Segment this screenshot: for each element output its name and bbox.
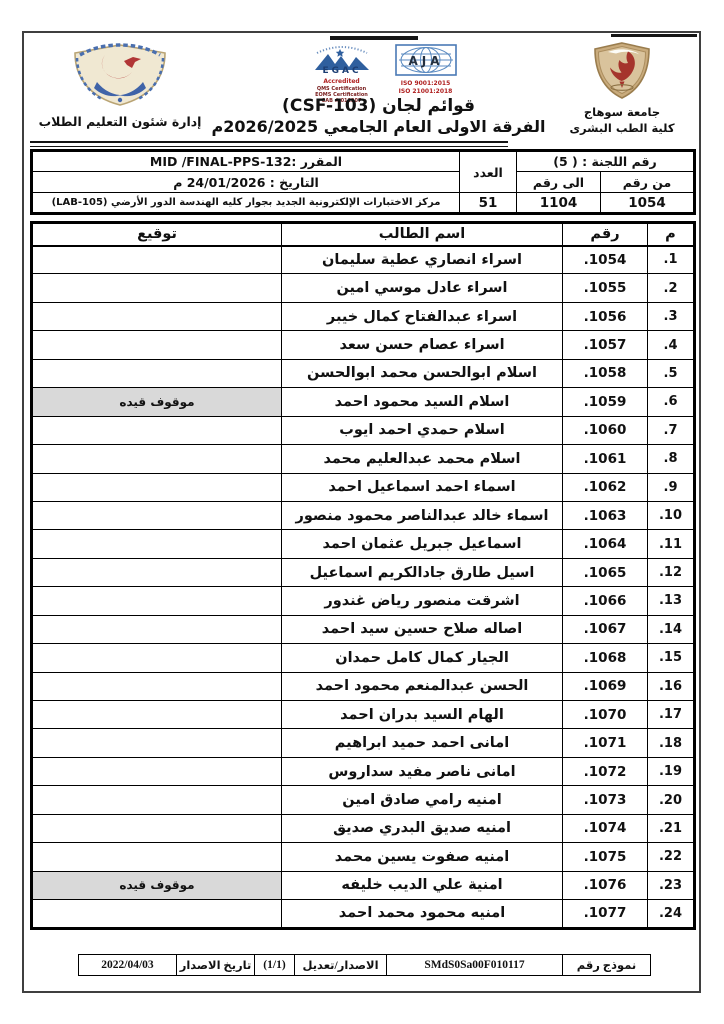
signature-cell bbox=[32, 814, 282, 842]
serial-cell: 13. bbox=[648, 587, 695, 615]
from-value-cell: 1054 bbox=[601, 193, 695, 214]
serial-cell: 11. bbox=[648, 530, 695, 558]
aja-line2: ISO 21001:2018 bbox=[395, 88, 457, 96]
signature-cell bbox=[32, 900, 282, 928]
student-row: 19. 1072. امانى ناصر مفيد سداروس bbox=[32, 757, 695, 785]
serial-cell: 21. bbox=[648, 814, 695, 842]
student-row: 18. 1071. امانى احمد حميد ابراهيم bbox=[32, 729, 695, 757]
accreditation-logos: EGAC Accredited QMS Certification EOMS C… bbox=[208, 44, 549, 96]
document-title: قوائم لجان (CSF-103) bbox=[208, 96, 549, 116]
student-name-cell: اسراء انصاري عطية سليمان bbox=[282, 246, 563, 274]
student-name-cell: الهام السيد بدران احمد bbox=[282, 701, 563, 729]
student-row: 20. 1073. امنيه رامي صادق امين bbox=[32, 786, 695, 814]
seat-number-cell: 1074. bbox=[563, 814, 648, 842]
serial-cell: 4. bbox=[648, 331, 695, 359]
signature-cell bbox=[32, 729, 282, 757]
serial-cell: 14. bbox=[648, 615, 695, 643]
svg-text:EGAC: EGAC bbox=[322, 66, 361, 74]
signature-cell bbox=[32, 274, 282, 302]
signature-cell bbox=[32, 843, 282, 871]
student-name-cell: اسلام السيد محمود احمد bbox=[282, 388, 563, 416]
seat-number-cell: 1063. bbox=[563, 501, 648, 529]
student-name-cell: اسلام حمدي احمد ايوب bbox=[282, 416, 563, 444]
faculty-name: كلية الطب البشرى bbox=[549, 122, 695, 136]
col-header-serial: م bbox=[648, 223, 695, 246]
form-number-label: نموذج رقم bbox=[563, 955, 651, 976]
issue-date-value: 2022/04/03 bbox=[79, 955, 177, 976]
to-value-cell: 1104 bbox=[517, 193, 601, 214]
seat-number-cell: 1071. bbox=[563, 729, 648, 757]
serial-cell: 12. bbox=[648, 558, 695, 586]
student-name-cell: امنيه صفوت يسين محمد bbox=[282, 843, 563, 871]
col-header-name: اسم الطالب bbox=[282, 223, 563, 246]
signature-cell bbox=[32, 445, 282, 473]
serial-cell: 23. bbox=[648, 871, 695, 899]
seat-number-cell: 1076. bbox=[563, 871, 648, 899]
serial-cell: 1. bbox=[648, 246, 695, 274]
student-row: 13. 1066. اشرقت منصور رياض غندور bbox=[32, 587, 695, 615]
signature-cell: موقوف قيده bbox=[32, 871, 282, 899]
serial-cell: 18. bbox=[648, 729, 695, 757]
col-header-number: رقم bbox=[563, 223, 648, 246]
signature-cell bbox=[32, 331, 282, 359]
document-page: إدارة شئون التعليم الطلاب EGAC Accredite… bbox=[22, 31, 701, 993]
seat-number-cell: 1066. bbox=[563, 587, 648, 615]
course-cell: المقرر :MID /FINAL-PPS-132 bbox=[32, 151, 460, 172]
student-name-cell: امنيه محمود محمد احمد bbox=[282, 900, 563, 928]
signature-cell bbox=[32, 672, 282, 700]
seat-number-cell: 1059. bbox=[563, 388, 648, 416]
student-table-body: 1. 1054. اسراء انصاري عطية سليمان 2. 105… bbox=[32, 246, 695, 929]
seat-number-cell: 1072. bbox=[563, 757, 648, 785]
issue-label: الاصدار/تعديل bbox=[295, 955, 387, 976]
student-row: 21. 1074. امنيه صديق البدري صديق bbox=[32, 814, 695, 842]
student-row: 14. 1067. اصاله صلاح حسين سيد احمد bbox=[32, 615, 695, 643]
student-name-cell: اسلام ابوالحسن محمد ابوالحسن bbox=[282, 359, 563, 387]
form-footer-table: نموذج رقم SMdS0Sa00F010117 الاصدار/تعديل… bbox=[78, 954, 651, 976]
serial-cell: 6. bbox=[648, 388, 695, 416]
seat-number-cell: 1056. bbox=[563, 302, 648, 330]
from-label-cell: من رقم bbox=[601, 172, 695, 193]
student-name-cell: اسلام محمد عبدالعليم محمد bbox=[282, 445, 563, 473]
signature-cell bbox=[32, 701, 282, 729]
student-affairs-logo-icon bbox=[68, 42, 172, 108]
count-label-cell: العدد bbox=[460, 151, 517, 193]
serial-cell: 16. bbox=[648, 672, 695, 700]
header-divider bbox=[30, 141, 508, 147]
student-name-cell: امانى ناصر مفيد سداروس bbox=[282, 757, 563, 785]
serial-cell: 17. bbox=[648, 701, 695, 729]
header-center: EGAC Accredited QMS Certification EOMS C… bbox=[208, 42, 549, 136]
serial-cell: 9. bbox=[648, 473, 695, 501]
serial-cell: 15. bbox=[648, 644, 695, 672]
seat-number-cell: 1061. bbox=[563, 445, 648, 473]
signature-cell bbox=[32, 473, 282, 501]
university-brand: جامعة سوهاج كلية الطب البشرى bbox=[549, 42, 695, 136]
student-row: 5. 1058. اسلام ابوالحسن محمد ابوالحسن bbox=[32, 359, 695, 387]
student-row: 17. 1070. الهام السيد بدران احمد bbox=[32, 701, 695, 729]
student-row: 8. 1061. اسلام محمد عبدالعليم محمد bbox=[32, 445, 695, 473]
serial-cell: 10. bbox=[648, 501, 695, 529]
admin-caption: إدارة شئون التعليم الطلاب bbox=[32, 114, 208, 129]
seat-number-cell: 1070. bbox=[563, 701, 648, 729]
student-row: 10. 1063. اسماء خالد عبدالناصر محمود منص… bbox=[32, 501, 695, 529]
serial-cell: 8. bbox=[648, 445, 695, 473]
seat-number-cell: 1060. bbox=[563, 416, 648, 444]
seat-number-cell: 1069. bbox=[563, 672, 648, 700]
student-name-cell: اسماء خالد عبدالناصر محمود منصور bbox=[282, 501, 563, 529]
to-label-cell: الى رقم bbox=[517, 172, 601, 193]
issue-date-label: تاريخ الاصدار bbox=[177, 955, 255, 976]
serial-cell: 22. bbox=[648, 843, 695, 871]
student-name-cell: اسماعيل جبريل عثمان احمد bbox=[282, 530, 563, 558]
student-row: 24. 1077. امنيه محمود محمد احمد bbox=[32, 900, 695, 928]
signature-cell bbox=[32, 558, 282, 586]
svg-text:AJA: AJA bbox=[408, 54, 443, 68]
student-name-cell: اشرقت منصور رياض غندور bbox=[282, 587, 563, 615]
serial-cell: 5. bbox=[648, 359, 695, 387]
signature-cell bbox=[32, 246, 282, 274]
student-row: 7. 1060. اسلام حمدي احمد ايوب bbox=[32, 416, 695, 444]
serial-cell: 19. bbox=[648, 757, 695, 785]
student-row: 6. 1059. اسلام السيد محمود احمد موقوف قي… bbox=[32, 388, 695, 416]
seat-number-cell: 1058. bbox=[563, 359, 648, 387]
committee-info-table: رقم اللجنة : ( 5) العدد المقرر :MID /FIN… bbox=[30, 149, 696, 215]
signature-cell bbox=[32, 587, 282, 615]
student-table-header-row: م رقم اسم الطالب توقيع bbox=[32, 223, 695, 246]
serial-cell: 2. bbox=[648, 274, 695, 302]
student-name-cell: اسماء احمد اسماعيل احمد bbox=[282, 473, 563, 501]
signature-cell bbox=[32, 786, 282, 814]
serial-cell: 20. bbox=[648, 786, 695, 814]
form-number-value: SMdS0Sa00F010117 bbox=[387, 955, 563, 976]
student-row: 22. 1075. امنيه صفوت يسين محمد bbox=[32, 843, 695, 871]
signature-cell bbox=[32, 501, 282, 529]
signature-cell: موقوف قيده bbox=[32, 388, 282, 416]
student-name-cell: الحسن عبدالمنعم محمود احمد bbox=[282, 672, 563, 700]
signature-cell bbox=[32, 615, 282, 643]
student-name-cell: الجيار كمال كامل حمدان bbox=[282, 644, 563, 672]
signature-cell bbox=[32, 530, 282, 558]
signature-cell bbox=[32, 757, 282, 785]
document-subtitle: الفرقة الاولى العام الجامعي 2026/2025م bbox=[208, 117, 549, 136]
seat-number-cell: 1077. bbox=[563, 900, 648, 928]
serial-cell: 7. bbox=[648, 416, 695, 444]
signature-cell bbox=[32, 302, 282, 330]
university-logo-icon bbox=[591, 42, 653, 100]
student-row: 9. 1062. اسماء احمد اسماعيل احمد bbox=[32, 473, 695, 501]
student-row: 1. 1054. اسراء انصاري عطية سليمان bbox=[32, 246, 695, 274]
student-row: 4. 1057. اسراء عصام حسن سعد bbox=[32, 331, 695, 359]
aja-logo: AJA ISO 9001:2015 ISO 21001:2018 bbox=[395, 44, 457, 95]
document-header: إدارة شئون التعليم الطلاب EGAC Accredite… bbox=[24, 33, 699, 136]
university-name: جامعة سوهاج bbox=[549, 106, 695, 120]
col-header-signature: توقيع bbox=[32, 223, 282, 246]
seat-number-cell: 1065. bbox=[563, 558, 648, 586]
student-name-cell: امانى احمد حميد ابراهيم bbox=[282, 729, 563, 757]
count-value-cell: 51 bbox=[460, 193, 517, 214]
seat-number-cell: 1057. bbox=[563, 331, 648, 359]
student-row: 3. 1056. اسراء عبدالفتاح كمال خيبر bbox=[32, 302, 695, 330]
seat-number-cell: 1067. bbox=[563, 615, 648, 643]
student-table: م رقم اسم الطالب توقيع 1. 1054. اسراء ان… bbox=[30, 221, 696, 930]
serial-cell: 3. bbox=[648, 302, 695, 330]
seat-number-cell: 1064. bbox=[563, 530, 648, 558]
scan-artifact-line bbox=[611, 34, 697, 37]
seat-number-cell: 1055. bbox=[563, 274, 648, 302]
student-row: 16. 1069. الحسن عبدالمنعم محمود احمد bbox=[32, 672, 695, 700]
student-name-cell: اسيل طارق جادالكريم اسماعيل bbox=[282, 558, 563, 586]
student-name-cell: امنيه رامي صادق امين bbox=[282, 786, 563, 814]
egac-accredited-label: Accredited bbox=[301, 78, 383, 86]
student-name-cell: اسراء عبدالفتاح كمال خيبر bbox=[282, 302, 563, 330]
seat-number-cell: 1062. bbox=[563, 473, 648, 501]
student-name-cell: اصاله صلاح حسين سيد احمد bbox=[282, 615, 563, 643]
seat-number-cell: 1068. bbox=[563, 644, 648, 672]
signature-cell bbox=[32, 644, 282, 672]
serial-cell: 24. bbox=[648, 900, 695, 928]
date-cell: التاريخ : 24/01/2026 م bbox=[32, 172, 460, 193]
committee-number-cell: رقم اللجنة : ( 5) bbox=[517, 151, 695, 172]
issue-value: (1/1) bbox=[255, 955, 295, 976]
signature-cell bbox=[32, 359, 282, 387]
egac-logo-icon: EGAC bbox=[301, 44, 383, 74]
scan-artifact-line bbox=[330, 36, 418, 40]
student-name-cell: امنية علي الديب خليفه bbox=[282, 871, 563, 899]
student-row: 2. 1055. اسراء عادل موسي امين bbox=[32, 274, 695, 302]
student-row: 12. 1065. اسيل طارق جادالكريم اسماعيل bbox=[32, 558, 695, 586]
student-row: 11. 1064. اسماعيل جبريل عثمان احمد bbox=[32, 530, 695, 558]
signature-cell bbox=[32, 416, 282, 444]
student-row: 23. 1076. امنية علي الديب خليفه موقوف قي… bbox=[32, 871, 695, 899]
student-row: 15. 1068. الجيار كمال كامل حمدان bbox=[32, 644, 695, 672]
seat-number-cell: 1054. bbox=[563, 246, 648, 274]
student-name-cell: اسراء عادل موسي امين bbox=[282, 274, 563, 302]
seat-number-cell: 1073. bbox=[563, 786, 648, 814]
student-name-cell: امنيه صديق البدري صديق bbox=[282, 814, 563, 842]
aja-logo-icon: AJA bbox=[395, 44, 457, 76]
seat-number-cell: 1075. bbox=[563, 843, 648, 871]
student-name-cell: اسراء عصام حسن سعد bbox=[282, 331, 563, 359]
admin-brand: إدارة شئون التعليم الطلاب bbox=[32, 42, 208, 136]
aja-line1: ISO 9001:2015 bbox=[395, 80, 457, 88]
exam-location-cell: مركز الاختبارات الإلكترونية الجديد بجوار… bbox=[32, 193, 460, 214]
